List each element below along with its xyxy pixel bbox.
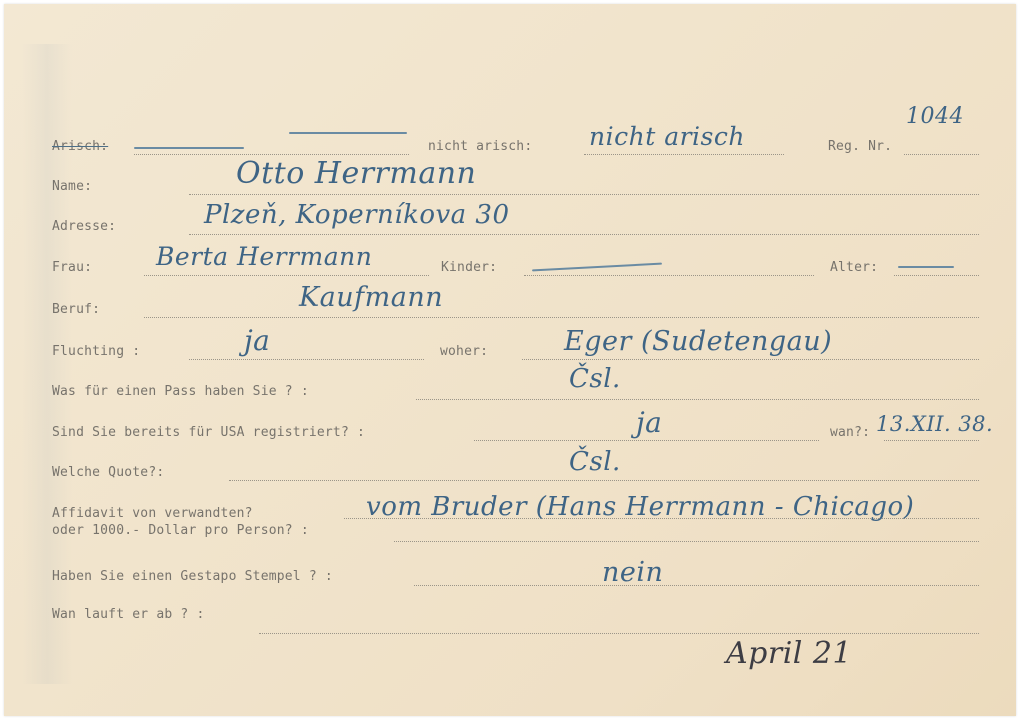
- beruf-value: Kaufmann: [299, 282, 443, 313]
- reg-nr-value: 1044: [906, 104, 964, 129]
- affidavit-value: vom Bruder (Hans Herrmann - Chicago): [366, 492, 914, 522]
- quote-line: [229, 480, 979, 481]
- nicht-arisch-label: nicht arisch:: [428, 139, 532, 154]
- gestapo-line: [414, 585, 979, 586]
- gestapo-label: Haben Sie einen Gestapo Stempel ? :: [52, 569, 333, 584]
- ablauf-line: [259, 633, 979, 634]
- quote-value: Čsl.: [569, 447, 621, 477]
- reg-nr-line: [904, 154, 979, 155]
- name-line: [189, 194, 979, 195]
- affidavit-label-line1: Affidavit von verwandten?: [52, 506, 253, 521]
- adresse-label: Adresse:: [52, 219, 116, 234]
- frau-label: Frau:: [52, 260, 92, 275]
- fluchting-label: Fluchting :: [52, 344, 140, 359]
- frau-value: Berta Herrmann: [156, 242, 372, 271]
- woher-value: Eger (Sudetengau): [564, 326, 832, 357]
- ablauf-label: Wan lauft er ab ? :: [52, 607, 205, 622]
- pass-line: [416, 399, 979, 400]
- affidavit-label-line2: oder 1000.- Dollar pro Person? :: [52, 523, 309, 538]
- alter-line: [894, 275, 979, 276]
- quote-label: Welche Quote?:: [52, 465, 164, 480]
- arisch-label: Arisch:: [52, 139, 108, 154]
- woher-label: woher:: [440, 344, 488, 359]
- kinder-line: [524, 275, 814, 276]
- usa-registriert-label: Sind Sie bereits für USA registriert? :: [52, 425, 365, 440]
- alter-label: Alter:: [830, 260, 878, 275]
- wan-label: wan?:: [830, 425, 870, 440]
- arisch-strike-dash: [134, 147, 244, 149]
- wan-line: [884, 440, 979, 441]
- beruf-label: Beruf:: [52, 302, 100, 317]
- arisch-value-dash: [289, 132, 407, 134]
- adresse-line: [189, 234, 979, 235]
- pass-label: Was für einen Pass haben Sie ? :: [52, 384, 309, 399]
- nicht-arisch-value: nicht arisch: [589, 122, 745, 151]
- reg-nr-label: Reg. Nr.: [828, 139, 892, 154]
- fluchting-value: ja: [244, 324, 270, 357]
- usa-registriert-value: ja: [636, 406, 662, 439]
- pass-value: Čsl.: [569, 364, 621, 394]
- wan-value: 13.XII. 38.: [876, 412, 993, 436]
- nicht-arisch-line: [584, 154, 784, 155]
- beruf-line: [144, 317, 979, 318]
- name-value: Otto Herrmann: [236, 156, 476, 191]
- woher-line: [522, 359, 979, 360]
- fluchting-line: [189, 359, 424, 360]
- gestapo-value: nein: [602, 557, 663, 588]
- alter-value-dash: [898, 266, 954, 268]
- document-card: Arisch: nicht arisch: nicht arisch Reg. …: [4, 4, 1016, 716]
- pencil-note: April 21: [726, 636, 852, 671]
- usa-registriert-line: [474, 440, 819, 441]
- kinder-label: Kinder:: [441, 260, 497, 275]
- adresse-value: Plzeň, Koperníkova 30: [204, 200, 510, 230]
- kinder-value-dash: [532, 263, 662, 272]
- arisch-line: [134, 154, 409, 155]
- frau-line: [144, 275, 429, 276]
- affidavit-line2: [394, 541, 979, 542]
- name-label: Name:: [52, 179, 92, 194]
